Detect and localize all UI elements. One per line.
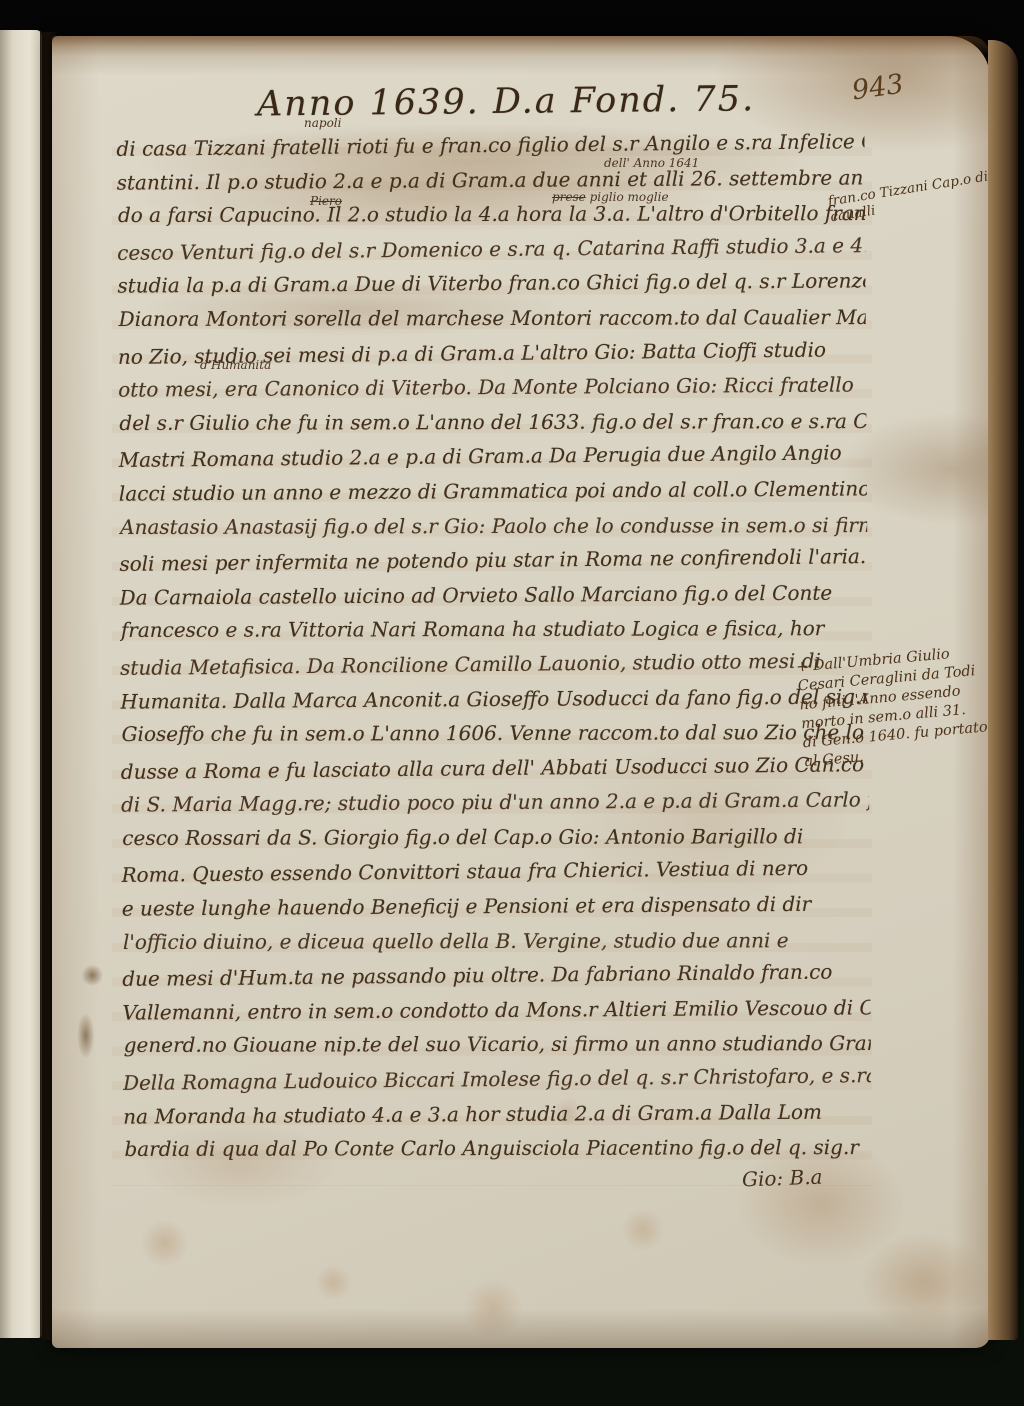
interlinear-anno-1641: dell' Anno 1641 — [604, 156, 699, 170]
text-line: del s.r Giulio che fu in sem.o L'anno de… — [119, 404, 867, 441]
text-line: Gioseffo che fu in sem.o L'anno 1606. Ve… — [122, 715, 870, 752]
fore-edge-page-stack — [988, 40, 1018, 1340]
text-line: Anastasio Anastasij fig.o del s.r Gio: P… — [120, 508, 868, 545]
interlinear-moglie-text: piglio moglie — [590, 190, 669, 204]
text-line: e ueste lunghe hauendo Beneficij e Pensi… — [122, 886, 870, 926]
interlinear-piglio-moglie: prese piglio moglie — [552, 190, 669, 204]
text-line: Da Carnaiola castello uicino ad Orvieto … — [119, 575, 867, 615]
text-line: francesco e s.ra Vittoria Nari Romana ha… — [121, 611, 869, 648]
text-line: bardia di qua dal Po Conte Carlo Anguisc… — [124, 1130, 871, 1167]
text-line: Humanita. Dalla Marca Anconit.a Gioseffo… — [120, 679, 868, 719]
interlinear-struck-word: prese — [552, 190, 586, 204]
text-line: Dianora Montori sorella del marchese Mon… — [119, 300, 867, 337]
manuscript-page: Anno 1639. D.a Fond. 75. 943 di casa Tiz… — [52, 36, 990, 1348]
text-line: otto mesi, era Canonico di Viterbo. Da M… — [118, 368, 866, 408]
text-line: Vallemanni, entro in sem.o condotto da M… — [122, 990, 870, 1030]
text-line: cesco Rossari da S. Giorgio fig.o del Ca… — [122, 819, 870, 856]
interlinear-napoli: napoli — [304, 116, 341, 130]
text-line: lacci studio un anno e mezzo di Grammati… — [119, 471, 867, 511]
text-line: na Moranda ha studiato 4.a e 3.a hor stu… — [123, 1094, 871, 1134]
text-line: di S. Maria Magg.re; studio poco piu d'u… — [121, 783, 869, 823]
text-line: dusse a Roma e fu lasciato alla cura del… — [121, 747, 869, 789]
interlinear-piero-struck: Piero — [310, 194, 342, 208]
text-line: stantini. Il p.o studio 2.a e p.a di Gra… — [117, 160, 865, 200]
text-line: do a farsi Capucino. Il 2.o studio la 4.… — [118, 196, 866, 233]
folio-number: 943 — [850, 69, 905, 107]
manuscript-photograph: Anno 1639. D.a Fond. 75. 943 di casa Tiz… — [0, 0, 1024, 1406]
text-line: generd.no Giouane nip.te del suo Vicario… — [124, 1026, 872, 1063]
body-text: di casa Tizzani fratelli rioti fu e fran… — [116, 125, 871, 1180]
page-top-stained-edge — [52, 36, 990, 56]
interlinear-humanita: d'Humanita — [200, 358, 271, 372]
catchword: Gio: B.a — [742, 1165, 823, 1192]
text-line: studia la p.a di Gram.a Due di Viterbo f… — [117, 264, 865, 304]
text-line: l'officio diuino, e diceua quello della … — [123, 923, 871, 960]
previous-page-edge — [0, 30, 42, 1338]
